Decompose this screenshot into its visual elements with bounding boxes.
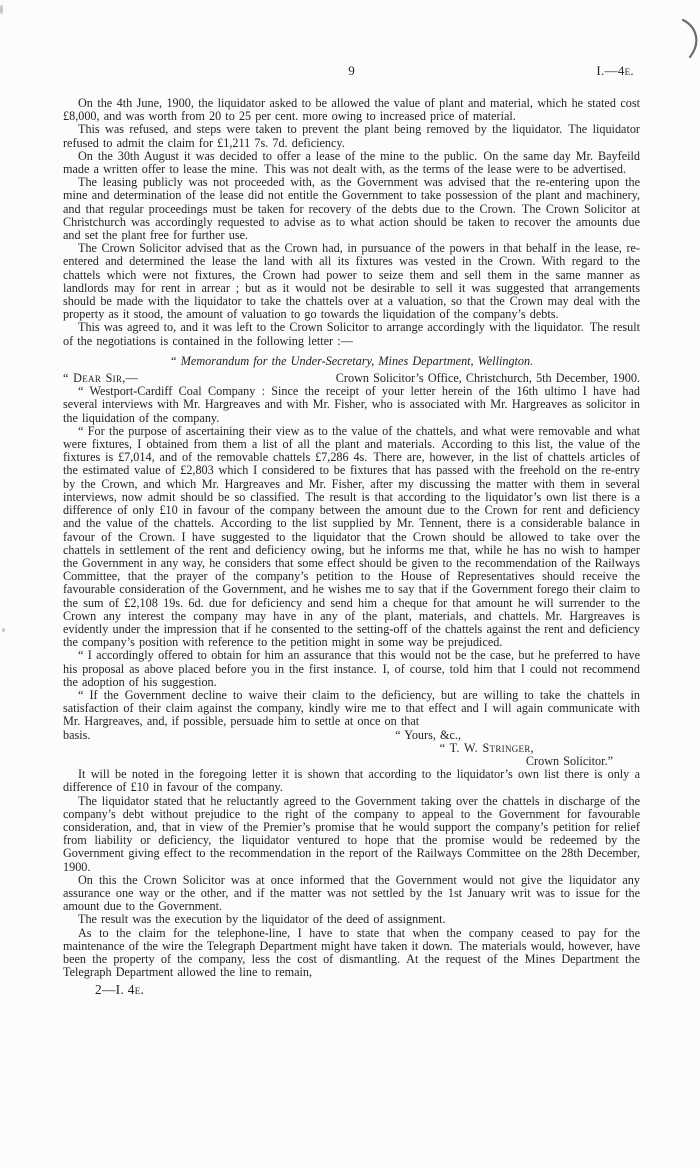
body-paragraph: It will be noted in the foregoing letter… [63, 768, 640, 794]
body-paragraph: This was refused, and steps were taken t… [63, 123, 640, 149]
scan-speck [0, 5, 3, 14]
page-curl-artifact [679, 19, 700, 59]
letter-signature-name: “ T. W. Stringer, [63, 742, 640, 755]
page-header: 9 I.—4e. [63, 63, 640, 78]
body-paragraph: The result was the execution by the liqu… [63, 913, 640, 926]
body-paragraph: The leasing publicly was not proceeded w… [63, 176, 640, 242]
scanned-document-page: 9 I.—4e. On the 4th June, 1900, the liqu… [0, 0, 700, 1168]
letter-paragraph: “ For the purpose of ascertaining their … [63, 425, 640, 649]
letter-paragraph: “ If the Government decline to waive the… [63, 689, 640, 729]
body-paragraph: The liquidator stated that he reluctantl… [63, 795, 640, 874]
body-paragraph: On the 30th August it was decided to off… [63, 150, 640, 176]
body-paragraph: On this the Crown Solicitor was at once … [63, 874, 640, 914]
letter-paragraph: “ I accordingly offered to obtain for hi… [63, 649, 640, 689]
letter-closing-word: basis. [63, 729, 90, 742]
body-paragraph: The Crown Solicitor advised that as the … [63, 242, 640, 321]
document-body: On the 4th June, 1900, the liquidator as… [63, 97, 640, 979]
letter-valediction: “ Yours, &c., [395, 729, 640, 742]
letter-paragraph: “ Westport-Cardiff Coal Company : Since … [63, 385, 640, 425]
letter-closing-row: basis. “ Yours, &c., [63, 729, 640, 742]
letter-heading: “ Memorandum for the Under-Secretary, Mi… [63, 355, 640, 368]
page-number: 9 [348, 63, 355, 78]
body-paragraph: This was agreed to, and it was left to t… [63, 321, 640, 347]
body-paragraph: On the 4th June, 1900, the liquidator as… [63, 97, 640, 123]
scan-speck [2, 628, 5, 632]
paper-reference: I.—4e. [596, 63, 634, 78]
body-paragraph: As to the claim for the telephone-line, … [63, 927, 640, 980]
footer-signature-mark: 2—I. 4e. [63, 982, 640, 997]
